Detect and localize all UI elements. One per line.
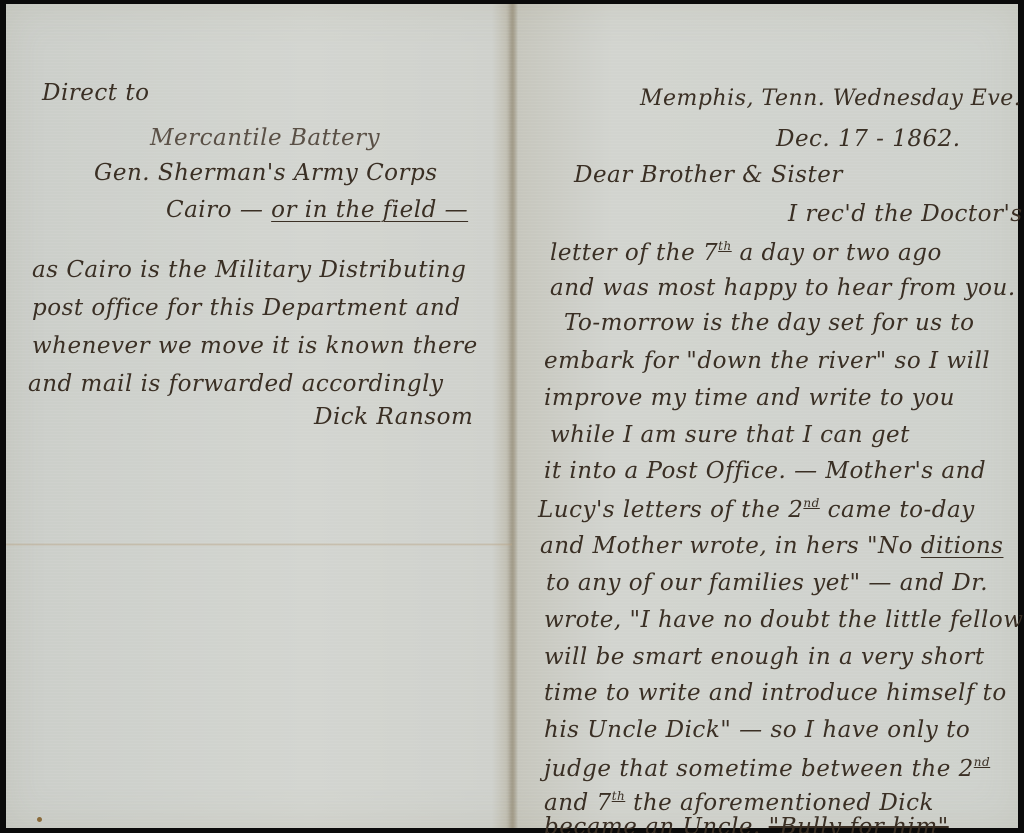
letter-date: Dec. 17 - 1862. (776, 128, 961, 151)
body-line: to any of our families yet" — and Dr. (546, 572, 988, 595)
body-line: embark for "down the river" so I will (544, 350, 990, 373)
struck-text: "Bully for him" (769, 814, 949, 833)
body-line: became an Uncle. "Bully for him" (544, 816, 949, 833)
body-text: letter of the 7 (550, 240, 718, 266)
body-line: To-morrow is the day set for us to (564, 312, 975, 335)
body-text: Lucy's letters of the 2 (538, 497, 803, 523)
body-text: became an Uncle. (544, 814, 769, 833)
note-line: and mail is forwarded accordingly (28, 373, 443, 396)
body-line: his Uncle Dick" — so I have only to (544, 719, 970, 742)
body-text: and 7 (544, 790, 612, 816)
body-text: the aforementioned Dick (625, 790, 934, 816)
right-page: Memphis, Tenn. Wednesday Eve. Dec. 17 - … (518, 4, 1018, 828)
ordinal-suffix: th (612, 789, 626, 803)
body-line: I rec'd the Doctor's (788, 203, 1023, 226)
body-text: came to-day (820, 497, 975, 523)
body-line: it into a Post Office. — Mother's and (544, 460, 986, 483)
body-text: judge that sometime between the 2 (544, 756, 974, 782)
body-line: and Mother wrote, in hers "No ditions (540, 535, 1003, 558)
body-line: improve my time and write to you (544, 387, 955, 410)
underlined-word: ditions (921, 533, 1004, 559)
ordinal-suffix: nd (974, 755, 990, 769)
body-line: while I am sure that I can get (550, 424, 910, 447)
salutation: Dear Brother & Sister (574, 164, 843, 187)
note-line: whenever we move it is known there (32, 335, 478, 358)
note-line: post office for this Department and (32, 297, 460, 320)
body-line: and was most happy to hear from you. (550, 277, 1016, 300)
letter-place-day: Memphis, Tenn. Wednesday Eve. (640, 88, 1021, 110)
body-text: and Mother wrote, in hers "No (540, 533, 921, 559)
ordinal-suffix: th (718, 239, 732, 253)
body-line: judge that sometime between the 2nd (544, 756, 990, 781)
address-alternate: or in the field — (271, 197, 468, 223)
body-line: will be smart enough in a very short (544, 646, 985, 669)
address-line-corps: Gen. Sherman's Army Corps (94, 162, 438, 185)
body-line: Lucy's letters of the 2nd came to-day (538, 497, 975, 522)
address-line-unit: Mercantile Battery (150, 127, 380, 150)
body-text: a day or two ago (732, 240, 942, 266)
center-fold (508, 4, 518, 828)
body-line: time to write and introduce himself to (544, 682, 1007, 705)
body-line: letter of the 7th a day or two ago (550, 240, 942, 265)
address-place: Cairo — (166, 197, 263, 223)
body-line: and 7th the aforementioned Dick (544, 790, 934, 815)
note-line: as Cairo is the Military Distributing (32, 259, 466, 282)
direct-to-label: Direct to (42, 82, 149, 105)
body-line: wrote, "I have no doubt the little fello… (544, 609, 1023, 632)
ordinal-suffix: nd (803, 496, 819, 510)
left-page: Direct to Mercantile Battery Gen. Sherma… (6, 4, 508, 828)
signature: Dick Ransom (314, 406, 473, 429)
address-line-location: Cairo — or in the field — (166, 199, 468, 222)
